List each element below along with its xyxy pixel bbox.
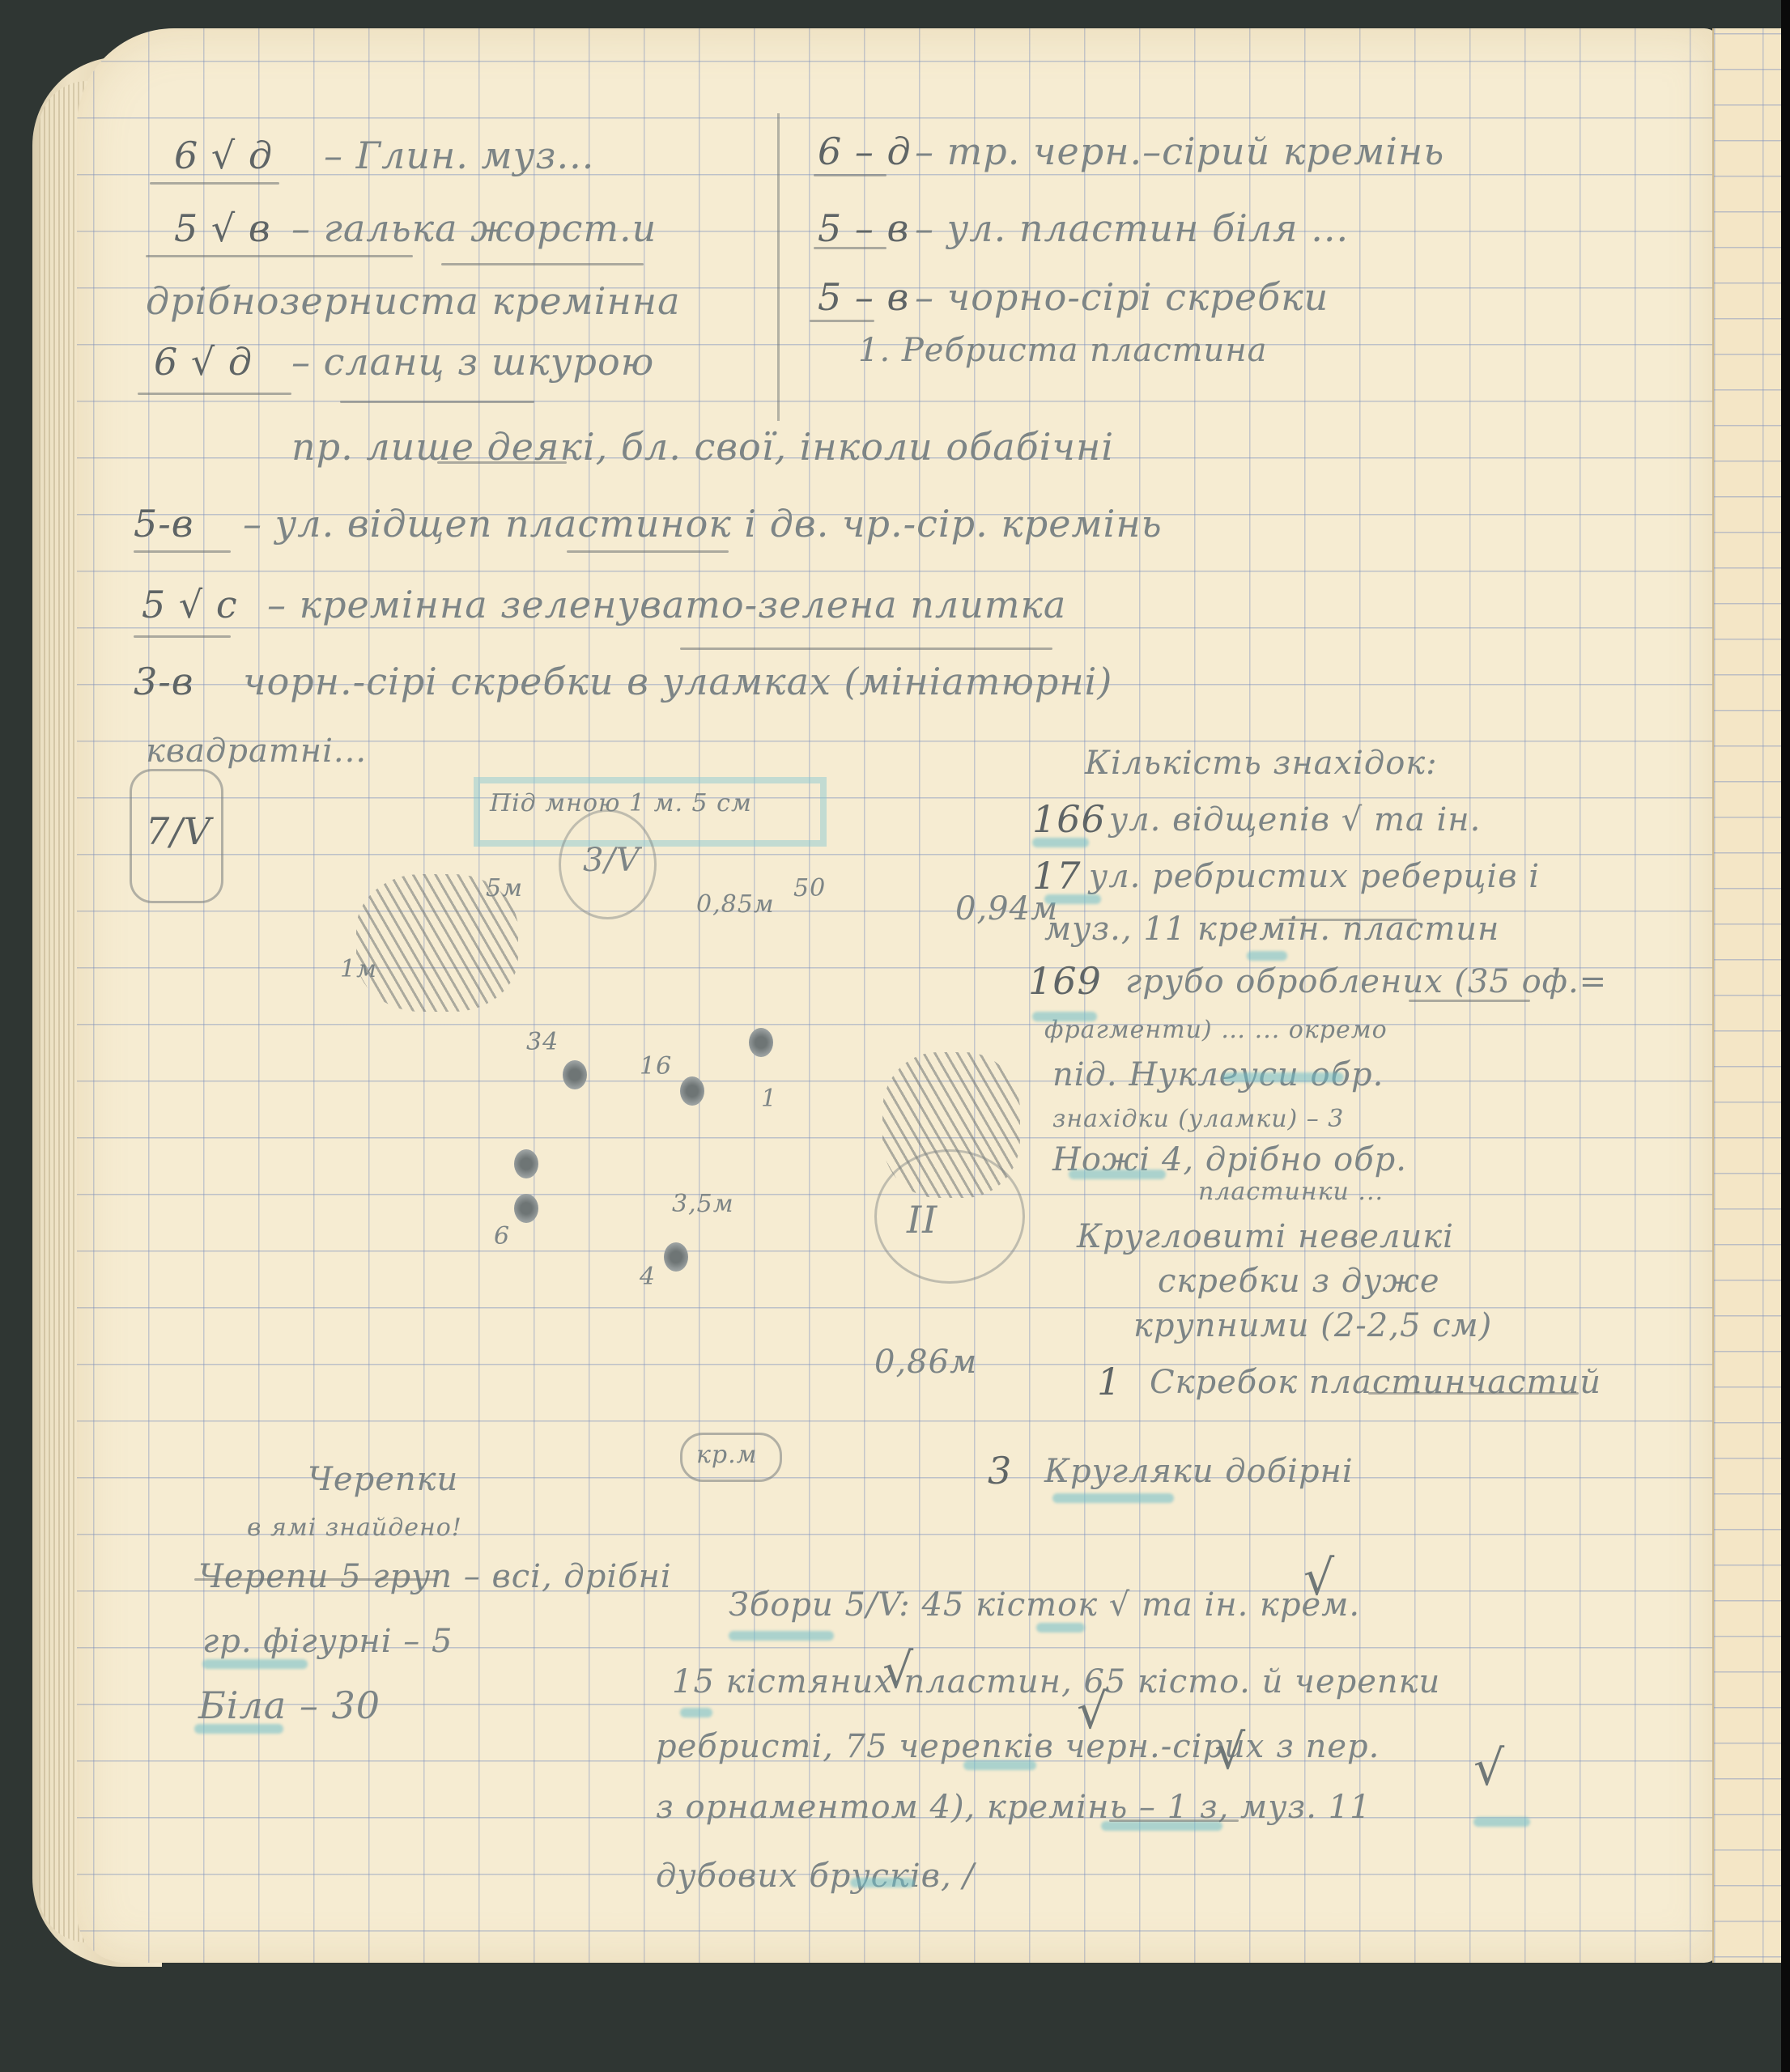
note-text: гр. фігурні – 5: [202, 1623, 453, 1660]
entry-text: – ул. пластин біля ...: [915, 206, 1349, 250]
entry-text: – Глин. муз...: [324, 134, 594, 177]
adjacent-page-strip: [1712, 28, 1783, 1963]
entry-text: – сланц з шкурою: [291, 340, 654, 384]
sketch-label: кр.м: [696, 1441, 758, 1469]
line-text: – ул. відщеп пластинок і дв. чр.-сір. кр…: [243, 502, 1163, 546]
finding-text: крупними (2-2,5 см): [1133, 1307, 1492, 1344]
note-text: дубових брусків, /: [656, 1858, 975, 1895]
finding-count: 1: [1097, 1360, 1121, 1403]
note-text: Збори 5/V: 45 кісток √ та ін. крем.: [729, 1586, 1360, 1624]
finding-count: 3: [988, 1449, 1012, 1492]
entry-mark: 6 √ д: [154, 340, 253, 384]
line-mark: 5-в: [134, 502, 194, 546]
sketch-label: 0,85м: [696, 890, 775, 919]
line-text: – кремінна зеленувато-зелена плитка: [267, 583, 1066, 626]
finding-text: скребки з дуже: [1158, 1263, 1440, 1300]
sketch-label: 1: [761, 1085, 777, 1113]
line-text: пр. лише деякі, бл. свої, інколи обабічн…: [291, 425, 1114, 469]
sketch-label: 34: [526, 1028, 559, 1056]
entry-text: – чорно-сірі скребки: [915, 275, 1329, 319]
entry-text: – галька жорст.и: [291, 206, 657, 250]
finding-text: фрагменти) … ... окремо: [1044, 1016, 1388, 1044]
note-text: Черепи 5 груп – всі, дрібні: [198, 1558, 672, 1595]
line-mark: 3-в: [134, 660, 194, 703]
finding-text: Скребок пластинчастий: [1150, 1364, 1601, 1401]
line-mark: 5 √ с: [142, 583, 238, 626]
checkmark-icon: √: [1473, 1740, 1504, 1797]
finding-count: 166: [1032, 797, 1106, 841]
note-text: Черепки: [308, 1461, 458, 1498]
entry-text: – тр. черн.–сірий кремінь: [915, 129, 1444, 173]
sketch-date: 7/V: [146, 809, 211, 853]
sketch-label: 50: [793, 874, 826, 902]
entry-mark: 5 √ в: [174, 206, 271, 250]
finding-count: 17: [1032, 854, 1082, 898]
entry-text: 1. Ребриста пластина: [858, 332, 1268, 369]
entry-mark: 6 – д: [818, 129, 912, 173]
sketch-label: 1м: [340, 955, 377, 983]
finding-count: 169: [1028, 959, 1102, 1003]
checkmark-icon: √: [882, 1643, 913, 1700]
note-text: з орнаментом 4), кремінь – 1 з, муз. 11: [656, 1789, 1371, 1826]
finding-text: Кругляки добірні: [1044, 1453, 1354, 1490]
checkmark-icon: √: [1214, 1724, 1245, 1781]
note-text: Біла – 30: [198, 1683, 381, 1727]
scan-border: [1781, 0, 1790, 2072]
sketch-label: 0,86м: [874, 1344, 977, 1381]
sketch-circle-bottom: ІІ: [907, 1198, 938, 1242]
line-text: чорн.-сірі скребки в уламках (мініатюрні…: [243, 660, 1112, 703]
finding-text: грубо оброблених (35 оф.=: [1125, 963, 1607, 1000]
finding-text: ул. відщепів √ та ін.: [1109, 801, 1481, 839]
finding-text: ул. ребристих реберців і: [1089, 858, 1540, 895]
column-divider: [777, 113, 780, 421]
findings-header: Кількість знахідок:: [1085, 745, 1438, 782]
finding-text: пластинки ...: [1198, 1178, 1384, 1206]
finding-text: Кругловиті невеликі: [1077, 1218, 1454, 1255]
checkmark-icon: √: [1303, 1550, 1334, 1607]
note-text: в ямі знайдено!: [247, 1514, 462, 1542]
entry-mark: 5 – в: [818, 275, 909, 319]
sketch-label: 6: [494, 1222, 510, 1250]
note-text: 15 кістяних пластин, 65 кісто. й черепки: [672, 1663, 1440, 1700]
sketch-label: 5м: [486, 874, 523, 902]
finding-text: знахідки (уламки) – 3: [1052, 1105, 1344, 1133]
sketch-label: 4: [640, 1263, 656, 1291]
entry-mark: 6 √ д: [174, 134, 273, 177]
checkmark-icon: √: [1077, 1683, 1108, 1740]
finding-text: муз., 11 кремін. пластин: [1044, 911, 1499, 948]
sketch-label: 16: [640, 1052, 672, 1081]
entry-mark: 5 – в: [818, 206, 909, 250]
sketch-circle-label: 3/V: [583, 842, 640, 879]
entry-text: дрібнозерниста кремінна: [146, 279, 681, 323]
sketch-label: 3,5м: [672, 1190, 734, 1218]
line-text: квадратні...: [146, 732, 367, 770]
